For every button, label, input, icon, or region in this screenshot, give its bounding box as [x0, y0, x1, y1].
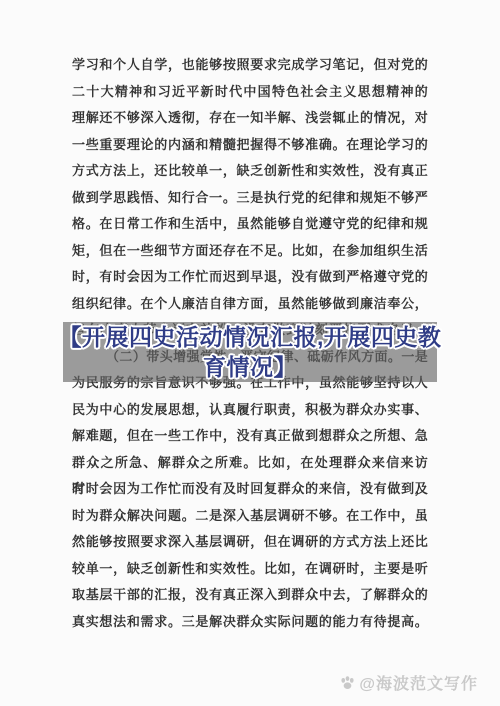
document-line: 群众之所急、解群众之所难。比如，在处理群众来信来访时，	[72, 450, 428, 477]
document-line: 一些重要理论的内涵和精髓把握得不够准确。在理论学习的	[72, 132, 428, 159]
document-line: 矩，但在一些细节方面还存在不足。比如，在参加组织生活	[72, 238, 428, 265]
document-line: 取基层干部的汇报，没有真正深入到群众中去，了解群众的	[72, 582, 428, 609]
document-line: 格。在日常工作和生活中，虽然能够自觉遵守党的纪律和规	[72, 211, 428, 238]
watermark-text: @海波范文写作	[359, 671, 478, 694]
overlay-title: 【开展四史活动情况汇报,开展四史教 育情况】	[55, 320, 445, 384]
document-line: 理解还不够深入透彻，存在一知半解、浅尝辄止的情况，对	[72, 105, 428, 132]
document-line: 解难题，但在一些工作中，没有真正做到想群众之所想、急	[72, 423, 428, 450]
document-line: 民为中心的发展思想，认真履行职责，积极为群众办实事、	[72, 397, 428, 424]
overlay-title-line1: 【开展四史活动情况汇报,开展四史教	[59, 322, 442, 352]
document-line: 较单一，缺乏创新性和实效性。比如，在调研时，主要是听	[72, 556, 428, 583]
document-line: 方式方法上，还比较单一，缺乏创新性和实效性，没有真正	[72, 158, 428, 185]
document-line: 有时会因为工作忙而没有及时回复群众的来信，没有做到及	[72, 476, 428, 503]
watermark: @海波范文写作	[339, 671, 478, 694]
paw-icon	[339, 674, 356, 691]
document-line: 时，有时会因为工作忙而迟到早退，没有做到严格遵守党的	[72, 264, 428, 291]
document-line: 二十大精神和习近平新时代中国特色社会主义思想精神的	[72, 79, 428, 106]
document-line: 学习和个人自学，也能够按照要求完成学习笔记，但对党的	[72, 52, 428, 79]
document-line: 然能够按照要求深入基层调研，但在调研的方式方法上还比	[72, 529, 428, 556]
document-line: 时为群众解决问题。二是深入基层调研不够。在工作中，虽	[72, 503, 428, 530]
document-line: 真实想法和需求。三是解决群众实际问题的能力有待提高。	[72, 609, 428, 636]
document-line: 组织纪律。在个人廉洁自律方面，虽然能够做到廉洁奉公，	[72, 291, 428, 318]
document-page: 学习和个人自学，也能够按照要求完成学习笔记，但对党的 二十大精神和习近平新时代中…	[0, 0, 500, 706]
overlay-title-line2: 育情况】	[203, 352, 297, 382]
document-line: 做到学思践悟、知行合一。三是执行党的纪律和规矩不够严	[72, 185, 428, 212]
